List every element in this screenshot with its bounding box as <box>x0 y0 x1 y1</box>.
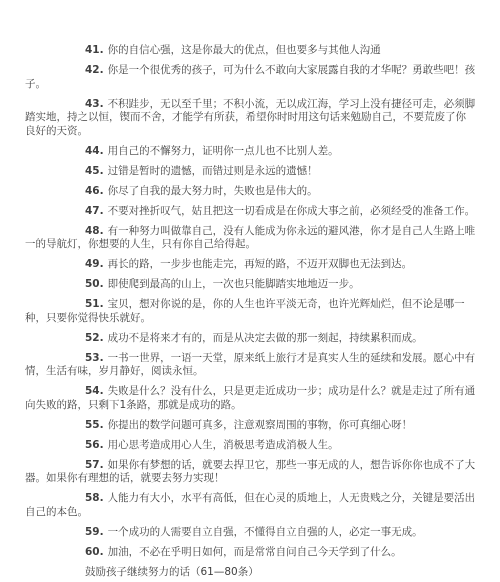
quote-text: 加油，不必在乎明日如何，而是常常自问自己今天学到了什么。 <box>108 546 402 558</box>
quote-number: 50. <box>85 278 104 290</box>
quote-number: 42. <box>85 64 104 76</box>
quote-text: 一个成功的人需要自立自强，不懂得自立自强的人，必定一事无成。 <box>108 526 423 538</box>
quote-number: 49. <box>85 258 104 270</box>
quote-text: 再长的路，一步步也能走完，再短的路，不迈开双脚也无法到达。 <box>108 258 413 270</box>
quote-item: 57.如果你有梦想的话，就要去捍卫它，那些一事无成的人，想告诉你你也成不了大器。… <box>25 459 476 486</box>
quote-number: 52. <box>85 332 104 344</box>
quote-text: 用心思考造成用心人生，消极思考造成消极人生。 <box>108 439 339 451</box>
quote-number: 56. <box>85 439 104 451</box>
quote-item: 47.不要对挫折叹气，姑且把这一切看成是在你成大事之前，必须经受的准备工作。 <box>25 205 476 219</box>
quote-number: 54. <box>85 385 104 397</box>
quote-number: 47. <box>85 205 104 217</box>
quote-item: 50.即使爬到最高的山上，一次也只能脚踏实地地迈一步。 <box>25 278 476 292</box>
quote-item: 52.成功不是将来才有的，而是从决定去做的那一刻起，持续累积而成。 <box>25 332 476 346</box>
quote-text: 用自己的不懈努力，证明你一点儿也不比别人差。 <box>108 145 339 157</box>
quote-item: 55.你提出的数学问题可真多，注意观察周围的事物，你可真细心呀！ <box>25 419 476 433</box>
quote-item: 45.过错是暂时的遗憾，而错过则是永远的遗憾！ <box>25 165 476 179</box>
quote-item: 48.有一种努力叫做靠自己，没有人能成为你永远的避风港，你才是自己人生路上唯一的… <box>25 225 476 252</box>
quote-text: 你提出的数学问题可真多，注意观察周围的事物，你可真细心呀！ <box>108 419 413 431</box>
quote-item: 44.用自己的不懈努力，证明你一点儿也不比别人差。 <box>25 145 476 159</box>
quote-number: 55. <box>85 419 104 431</box>
quote-number: 41. <box>85 44 104 56</box>
quote-number: 44. <box>85 145 104 157</box>
quote-number: 43. <box>85 98 104 110</box>
document-page: 41.你的自信心强，这是你最大的优点，但也要多与其他人沟通 42.你是一个很优秀… <box>0 0 500 582</box>
quote-text: 你的自信心强，这是你最大的优点，但也要多与其他人沟通 <box>108 44 381 56</box>
quote-item: 58.人能力有大小，水平有高低，但在心灵的质地上，人无贵贱之分，关键是要活出自己… <box>25 492 476 519</box>
quote-number: 45. <box>85 165 104 177</box>
quote-number: 59. <box>85 526 104 538</box>
quote-number: 48. <box>85 225 104 237</box>
quote-item: 43.不积跬步，无以至千里；不积小流，无以成江海，学习上没有捷径可走，必须脚踏实… <box>25 98 476 139</box>
quote-number: 60. <box>85 546 104 558</box>
quote-item: 54.失败是什么？没有什么，只是更走近成功一步；成功是什么？就是走过了所有通向失… <box>25 385 476 412</box>
footer-line: 鼓励孩子继续努力的话（61—80条） <box>25 566 476 580</box>
quote-number: 51. <box>85 298 104 310</box>
quote-item: 59.一个成功的人需要自立自强，不懂得自立自强的人，必定一事无成。 <box>25 526 476 540</box>
quote-item: 53.一书一世界，一语一天堂，原来纸上旅行才是真实人生的延续和发展。愿心中有情，… <box>25 352 476 379</box>
quote-item: 42.你是一个很优秀的孩子，可为什么不敢向大家展露自我的才华呢？勇敢些吧！孩子。 <box>25 64 476 91</box>
quote-text: 成功不是将来才有的，而是从决定去做的那一刻起，持续累积而成。 <box>108 332 423 344</box>
quote-item: 51.宝贝，想对你说的是，你的人生也许平淡无奇，也许光辉灿烂，但不论是哪一种，只… <box>25 298 476 325</box>
quote-item: 56.用心思考造成用心人生，消极思考造成消极人生。 <box>25 439 476 453</box>
quote-number: 46. <box>85 185 104 197</box>
quote-item: 60.加油，不必在乎明日如何，而是常常自问自己今天学到了什么。 <box>25 546 476 560</box>
quotes-list: 41.你的自信心强，这是你最大的优点，但也要多与其他人沟通 42.你是一个很优秀… <box>25 44 476 559</box>
quote-number: 53. <box>85 352 104 364</box>
quote-text: 你尽了自我的最大努力时，失败也是伟大的。 <box>108 185 318 197</box>
quote-item: 49.再长的路，一步步也能走完，再短的路，不迈开双脚也无法到达。 <box>25 258 476 272</box>
quote-item: 46.你尽了自我的最大努力时，失败也是伟大的。 <box>25 185 476 199</box>
quote-text: 不要对挫折叹气，姑且把这一切看成是在你成大事之前，必须经受的准备工作。 <box>108 205 476 217</box>
quote-number: 57. <box>85 459 104 471</box>
quote-text: 过错是暂时的遗憾，而错过则是永远的遗憾！ <box>108 165 318 177</box>
quote-item: 41.你的自信心强，这是你最大的优点，但也要多与其他人沟通 <box>25 44 476 58</box>
quote-text: 即使爬到最高的山上，一次也只能脚踏实地地迈一步。 <box>108 278 360 290</box>
quote-number: 58. <box>85 492 104 504</box>
